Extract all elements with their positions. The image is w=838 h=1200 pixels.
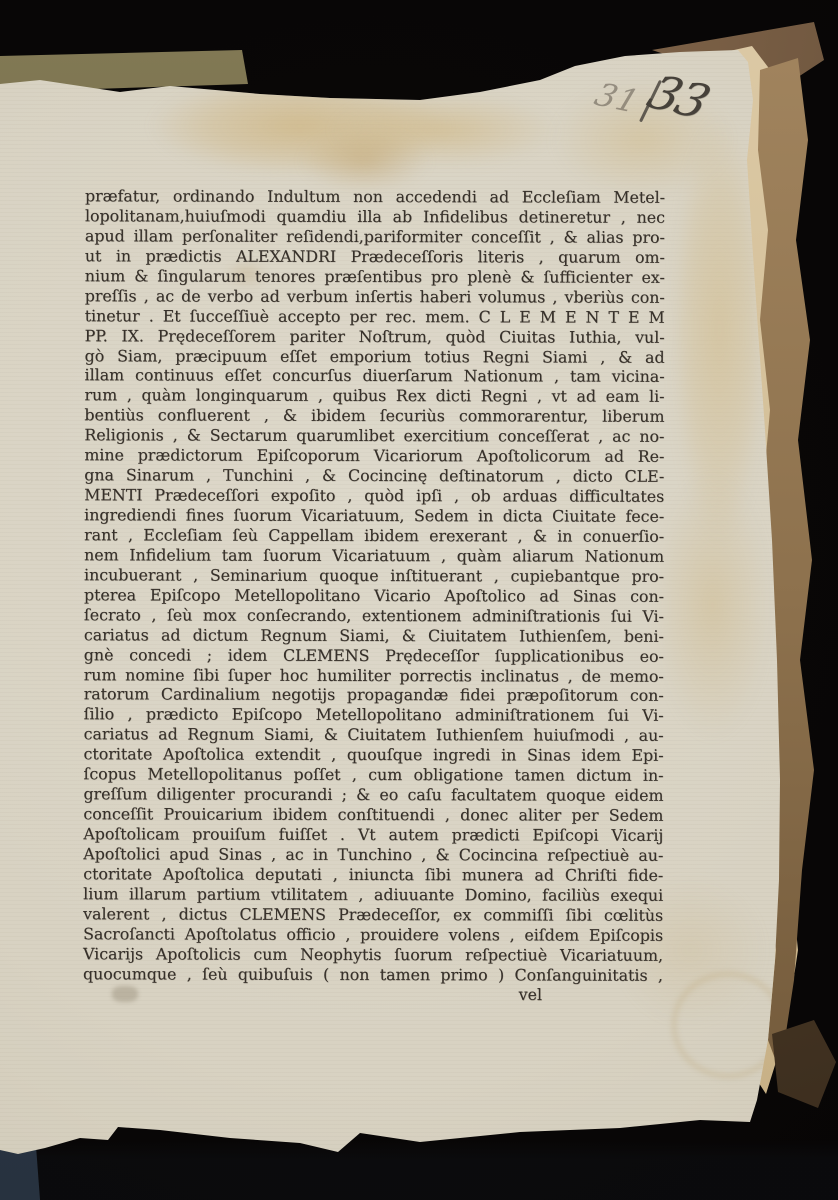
- handwritten-folio-ink: 33: [641, 69, 714, 125]
- text-line: incubuerant , Seminarium quoque inſtitue…: [84, 565, 664, 586]
- text-block: præfatur, ordinando Indultum non acceden…: [83, 186, 665, 985]
- text-line: tinetur . Et ſucceſſiuè accepto per rec.…: [85, 306, 665, 327]
- text-line: valerent , dictus CLEMENS Prædeceſſor, e…: [83, 904, 663, 925]
- text-line: apud illam perſonaliter reſidendi,parifo…: [85, 226, 665, 247]
- text-line: ctoritate Apoſtolica extendit , quouſque…: [84, 744, 664, 765]
- stain: [150, 76, 450, 176]
- text-line: præfatur, ordinando Indultum non acceden…: [85, 186, 665, 207]
- text-line: PP. IX. Prędeceſſorem pariter Noſtrum, q…: [85, 326, 665, 347]
- text-line: quocumque , ſeù quibuſuis ( non tamen pr…: [83, 964, 663, 985]
- text-line: rum , quàm longinquarum , quibus Rex dic…: [84, 386, 664, 407]
- text-line: conceſſit Prouicarium ibidem conſtituend…: [83, 804, 663, 825]
- text-line: MENTI Prædeceſſori expoſito , quòd ipſi …: [84, 485, 664, 506]
- text-line: greſſum diligenter procurandi ; & eo caſ…: [83, 784, 663, 805]
- text-line: ſecrato , ſeù mox conſecrando, extention…: [84, 605, 664, 626]
- text-line: gnè concedi ; idem CLEMENS Prędeceſſor ſ…: [84, 645, 664, 666]
- text-line: bentiùs confluerent , & ibidem ſecuriùs …: [84, 406, 664, 427]
- book-scan: 31 33 præfatur, ordinando Indultum non a…: [0, 0, 838, 1200]
- text-line: Apoſtolici apud Sinas , ac in Tunchino ,…: [83, 844, 663, 865]
- text-line: ut in prædictis ALEXANDRI Prædeceſſoris …: [85, 246, 665, 267]
- text-line: rant , Eccleſiam ſeù Cappellam ibidem er…: [84, 525, 664, 546]
- text-line: pterea Epiſcopo Metellopolitano Vicario …: [84, 585, 664, 606]
- text-line: lopolitanam,huiuſmodi quamdiu illa ab In…: [85, 206, 665, 227]
- text-line: nem Infidelium tam ſuorum Vicariatuum , …: [84, 545, 664, 566]
- text-line: gò Siam, præcipuum eſſet emporium totius…: [85, 346, 665, 367]
- text-line: cariatus ad Regnum Siami, & Ciuitatem Iu…: [84, 725, 664, 746]
- text-line: illam continuus eſſet concurſus diuerſar…: [85, 366, 665, 387]
- text-line: Religionis , & Sectarum quarumlibet exer…: [84, 425, 664, 446]
- text-line: lium illarum partium vtilitatem , adiuua…: [83, 884, 663, 905]
- stain: [330, 92, 560, 168]
- catchword: vel: [84, 985, 664, 1005]
- text-line: nium & ſingularum tenores præſentibus pr…: [85, 266, 665, 287]
- text-line: Apoſtolicam prouiſum fuiſſet . Vt autem …: [83, 824, 663, 845]
- text-line: Sacroſancti Apoſtolatus officio , prouid…: [83, 924, 663, 945]
- stain: [655, 470, 770, 740]
- text-line: ctoritate Apoſtolica deputati , iniuncta…: [83, 864, 663, 885]
- text-line: rum nomine ſibi ſuper hoc humiliter porr…: [84, 665, 664, 686]
- show-through-mark: [112, 986, 138, 1002]
- text-line: Vicarijs Apoſtolicis cum Neophytis ſuoru…: [83, 944, 663, 965]
- text-line: mine prædictorum Epiſcoporum Vicariorum …: [84, 445, 664, 466]
- text-line: ingrediendi fines ſuorum Vicariatuum, Se…: [84, 505, 664, 526]
- text-line: ſilio , prædicto Epiſcopo Metellopolitan…: [84, 705, 664, 726]
- stain: [300, 130, 430, 192]
- text-line: gna Sinarum , Tunchini , & Cocincinę deſ…: [84, 465, 664, 486]
- text-line: ratorum Cardinalium negotijs propagandæ …: [84, 685, 664, 706]
- text-line: cariatus ad dictum Regnum Siami, & Ciuit…: [84, 625, 664, 646]
- page: 31 33 præfatur, ordinando Indultum non a…: [0, 0, 838, 1200]
- text-line: ſcopus Metellopolitanus poſſet , cum obl…: [83, 764, 663, 785]
- handwritten-folio-pencil: 31: [591, 78, 644, 117]
- text-line: preſſis , ac de verbo ad verbum inſertis…: [85, 286, 665, 307]
